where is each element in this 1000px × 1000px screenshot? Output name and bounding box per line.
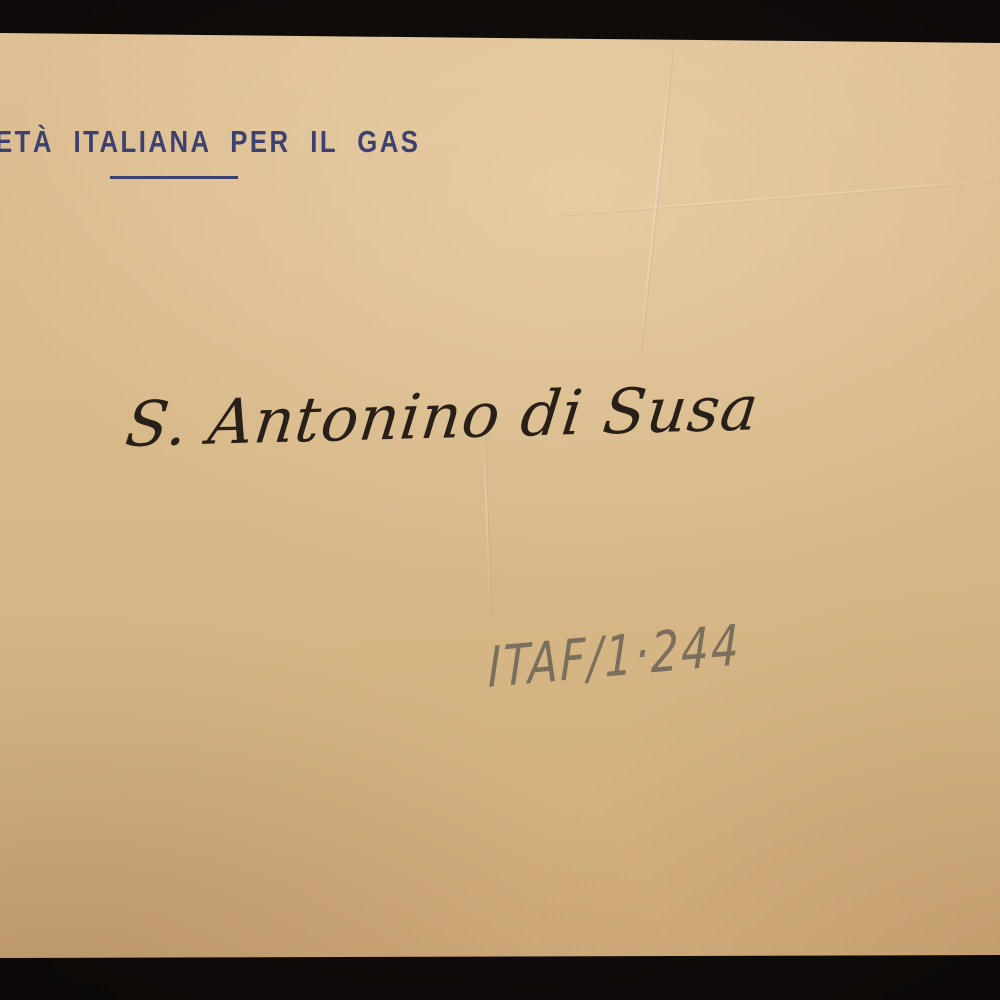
paper-crease [639, 51, 673, 355]
handwritten-recipient: S. Antonino di Susa [122, 371, 763, 461]
letterhead-text: ETÀ ITALIANA PER IL GAS [0, 124, 420, 160]
envelope-photo: ETÀ ITALIANA PER IL GAS S. Antonino di S… [0, 0, 1000, 1000]
pencil-reference-number: ITAF/1·244 [488, 613, 741, 701]
paper-crease [556, 178, 1000, 216]
envelope: ETÀ ITALIANA PER IL GAS S. Antonino di S… [0, 0, 1000, 1000]
letterhead-rule [110, 176, 238, 179]
paper-crease [483, 428, 492, 618]
